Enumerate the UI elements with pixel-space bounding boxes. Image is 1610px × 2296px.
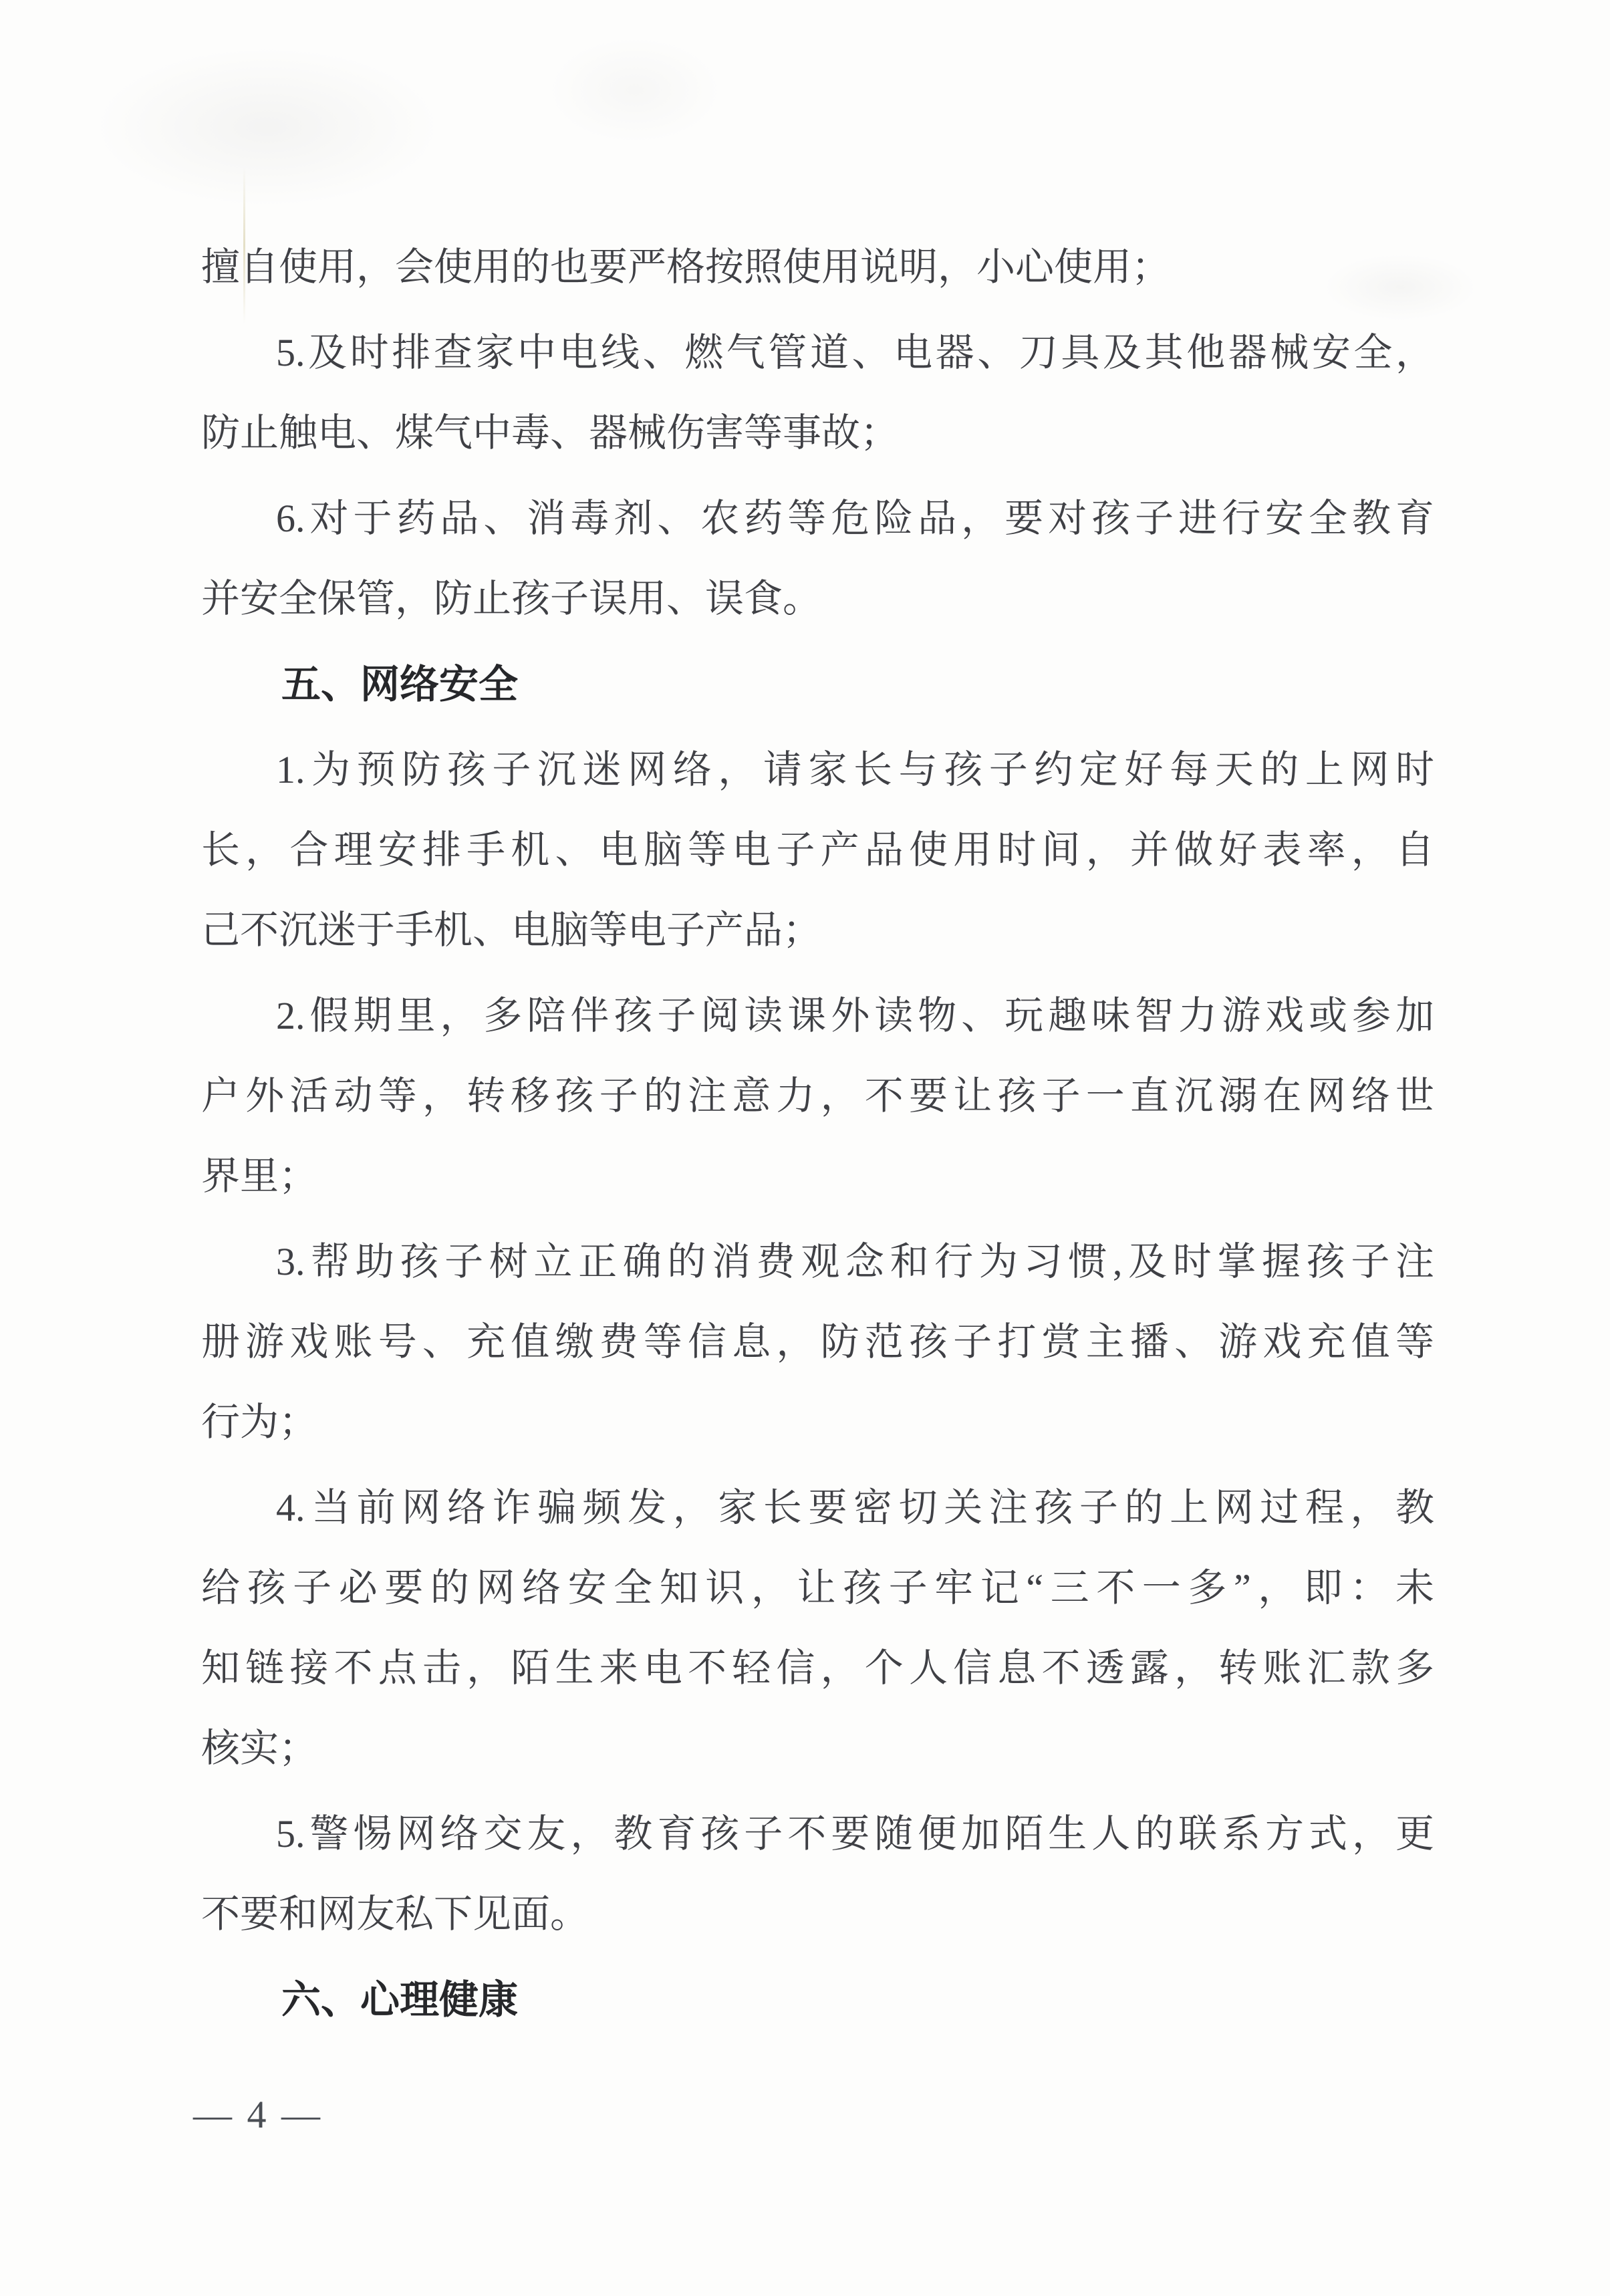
section-heading-text: 六、心理健康 [201,1960,1434,2040]
paragraph-item-5-home-safety: 5.及时排查家中电线、燃气管道、电器、刀具及其他器械安全， 防止触电、煤气中毒、… [201,313,1434,473]
paragraph-item-3-consumption-habits: 3.帮助孩子树立正确的消费观念和行为习惯,及时掌握孩子注 册游戏账号、充值缴费等… [201,1222,1434,1462]
text-line: 6.对于药品、消毒剂、农药等危险品，要对孩子进行安全教育 [201,479,1434,559]
text-line: 行为； [201,1382,1434,1462]
text-line: 知链接不点击，陌生来电不轻信，个人信息不透露，转账汇款多 [201,1628,1434,1708]
text-line: 擅自使用，会使用的也要严格按照使用说明，小心使用； [201,227,1434,307]
text-line: 不要和网友私下见面。 [201,1874,1434,1954]
text-line: 长，合理安排手机、电脑等电子产品使用时间，并做好表率，自 [201,810,1434,890]
text-line: 并安全保管，防止孩子误用、误食。 [201,559,1434,639]
text-line: 3.帮助孩子树立正确的消费观念和行为习惯,及时掌握孩子注 [201,1222,1434,1302]
text-line: 册游戏账号、充值缴费等信息，防范孩子打赏主播、游戏充值等 [201,1302,1434,1382]
text-line: 给孩子必要的网络安全知识，让孩子牢记“三不一多”，即：未 [201,1548,1434,1628]
document-page: 擅自使用，会使用的也要严格按照使用说明，小心使用； 5.及时排查家中电线、燃气管… [0,0,1610,2296]
paragraph-item-2-holiday-company: 2.假期里，多陪伴孩子阅读课外读物、玩趣味智力游戏或参加 户外活动等，转移孩子的… [201,976,1434,1217]
text-line: 界里； [201,1136,1434,1217]
scan-smudge [94,47,441,207]
paragraph-continuation: 擅自使用，会使用的也要严格按照使用说明，小心使用； [201,227,1434,307]
text-line: 核实； [201,1708,1434,1789]
text-line: 2.假期里，多陪伴孩子阅读课外读物、玩趣味智力游戏或参加 [201,976,1434,1056]
page-number: — 4 — [193,2075,323,2155]
paragraph-item-5-online-friends: 5.警惕网络交友，教育孩子不要随便加陌生人的联系方式，更 不要和网友私下见面。 [201,1794,1434,1954]
scan-smudge [548,37,722,144]
section-heading-text: 五、网络安全 [201,644,1434,725]
text-line: 5.及时排查家中电线、燃气管道、电器、刀具及其他器械安全， [201,313,1434,393]
document-body: 擅自使用，会使用的也要严格按照使用说明，小心使用； 5.及时排查家中电线、燃气管… [201,227,1434,2040]
text-line: 4.当前网络诈骗频发，家长要密切关注孩子的上网过程，教 [201,1468,1434,1548]
text-line: 1.为预防孩子沉迷网络，请家长与孩子约定好每天的上网时 [201,730,1434,810]
text-line: 户外活动等，转移孩子的注意力，不要让孩子一直沉溺在网络世 [201,1056,1434,1136]
text-line: 防止触电、煤气中毒、器械伤害等事故； [201,393,1434,473]
paragraph-item-6-hazardous-items: 6.对于药品、消毒剂、农药等危险品，要对孩子进行安全教育 并安全保管，防止孩子误… [201,479,1434,639]
paragraph-item-4-online-fraud: 4.当前网络诈骗频发，家长要密切关注孩子的上网过程，教 给孩子必要的网络安全知识… [201,1468,1434,1789]
section-heading-mental-health: 六、心理健康 [201,1960,1434,2040]
text-line: 5.警惕网络交友，教育孩子不要随便加陌生人的联系方式，更 [201,1794,1434,1874]
paragraph-item-1-internet-time: 1.为预防孩子沉迷网络，请家长与孩子约定好每天的上网时 长，合理安排手机、电脑等… [201,730,1434,971]
text-line: 己不沉迷于手机、电脑等电子产品； [201,890,1434,971]
section-heading-network-security: 五、网络安全 [201,644,1434,725]
